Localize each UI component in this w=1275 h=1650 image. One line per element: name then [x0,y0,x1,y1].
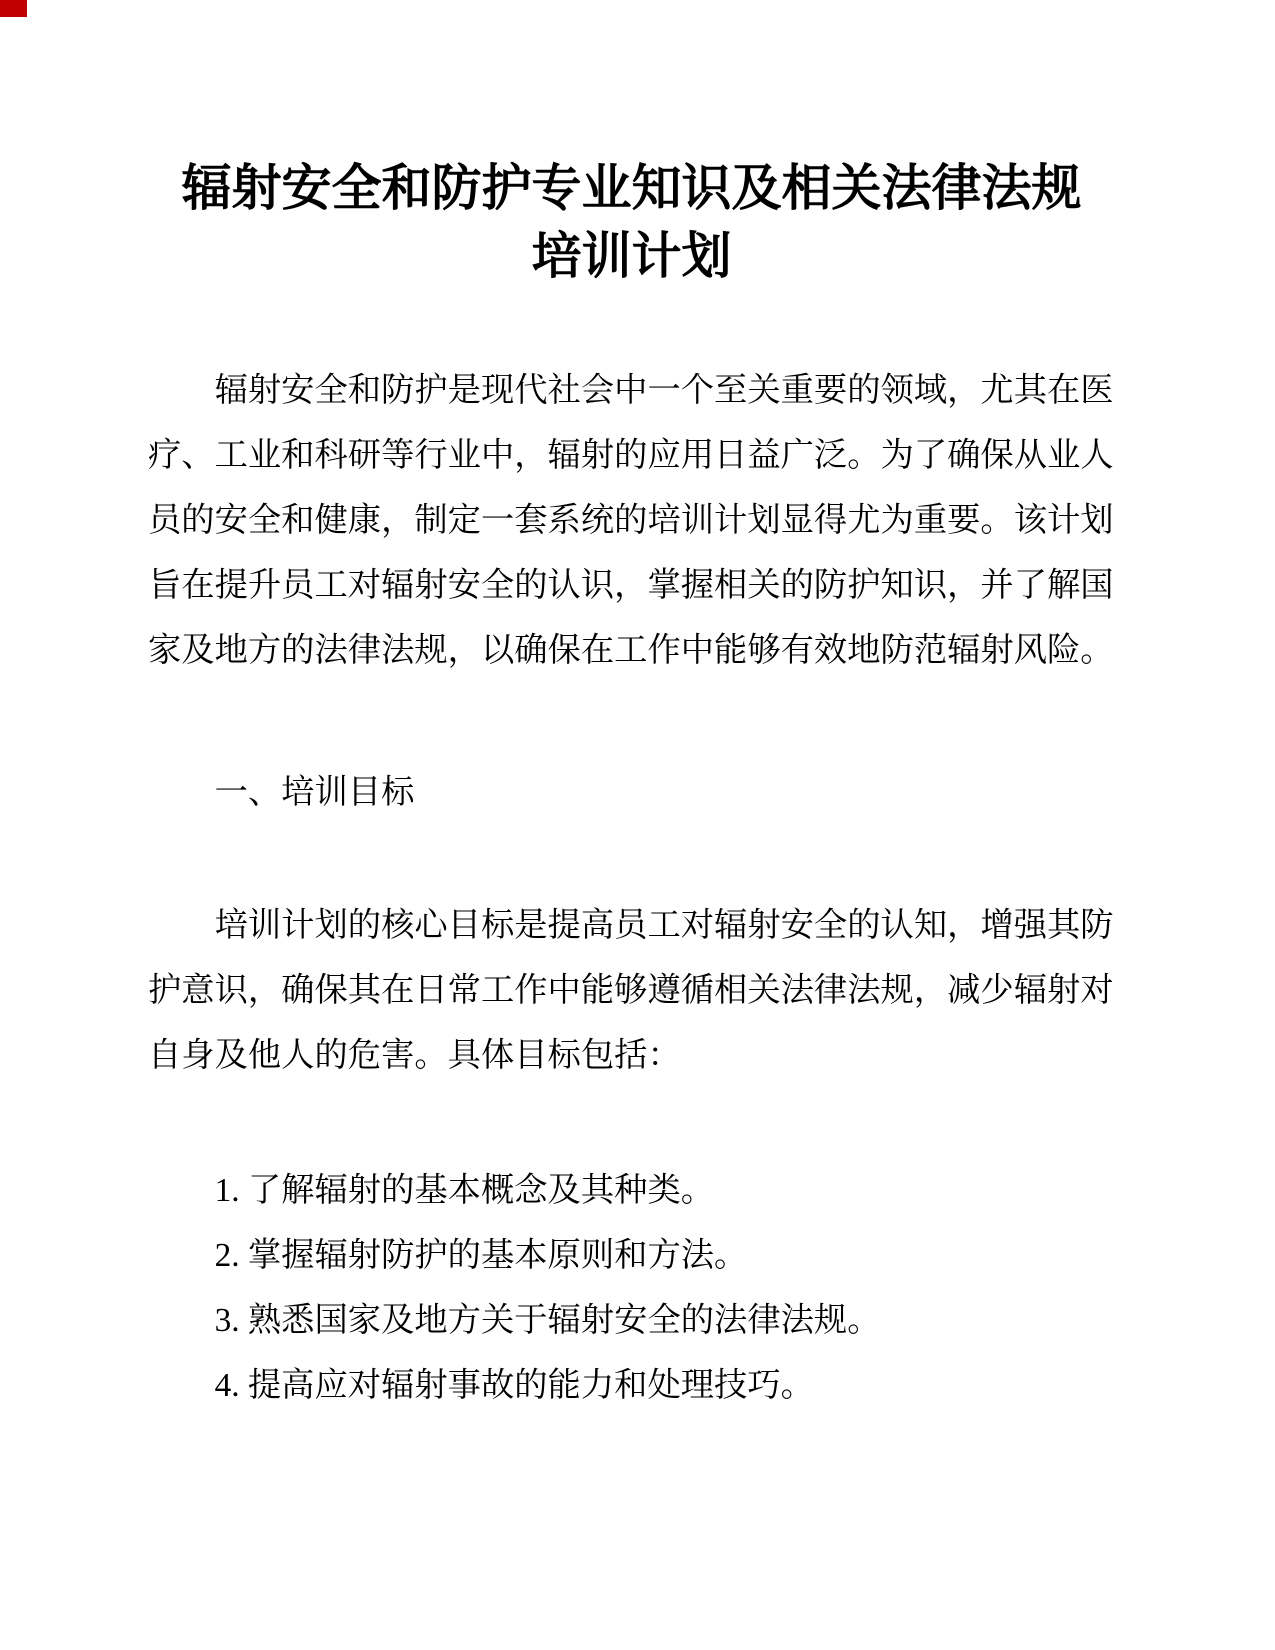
paragraph-line: 疗、工业和科研等行业中，辐射的应用日益广泛。为了确保从业人 [148,423,1115,488]
document-title: 辐射安全和防护专业知识及相关法律法规 培训计划 [148,154,1115,290]
paragraph-line: 护意识，确保其在日常工作中能够遵循相关法律法规，减少辐射对 [148,958,1115,1023]
paragraph-line: 自身及他人的危害。具体目标包括： [148,1023,1115,1088]
document-page: { "page": { "background_color": "#ffffff… [0,0,1275,1650]
paragraph-line: 旨在提升员工对辐射安全的认识，掌握相关的防护知识，并了解国 [148,553,1115,618]
document-title-line-2: 培训计划 [148,222,1115,290]
list-item: 3. 熟悉国家及地方关于辐射安全的法律法规。 [148,1288,1115,1353]
intro-paragraph: 辐射安全和防护是现代社会中一个至关重要的领域，尤其在医 疗、工业和科研等行业中，… [148,358,1115,683]
corner-marker [0,0,27,17]
list-item: 1. 了解辐射的基本概念及其种类。 [148,1158,1115,1223]
section-heading-training-goals: 一、培训目标 [148,760,1115,825]
goals-paragraph: 培训计划的核心目标是提高员工对辐射安全的认知，增强其防 护意识，确保其在日常工作… [148,893,1115,1088]
paragraph-line: 培训计划的核心目标是提高员工对辐射安全的认知，增强其防 [148,893,1115,958]
paragraph-line: 员的安全和健康，制定一套系统的培训计划显得尤为重要。该计划 [148,488,1115,553]
goals-list: 1. 了解辐射的基本概念及其种类。 2. 掌握辐射防护的基本原则和方法。 3. … [148,1158,1115,1418]
paragraph-line: 辐射安全和防护是现代社会中一个至关重要的领域，尤其在医 [148,358,1115,423]
document-content: 辐射安全和防护专业知识及相关法律法规 培训计划 辐射安全和防护是现代社会中一个至… [148,0,1115,1418]
list-item: 2. 掌握辐射防护的基本原则和方法。 [148,1223,1115,1288]
document-title-line-1: 辐射安全和防护专业知识及相关法律法规 [148,154,1115,222]
list-item: 4. 提高应对辐射事故的能力和处理技巧。 [148,1353,1115,1418]
paragraph-line: 家及地方的法律法规，以确保在工作中能够有效地防范辐射风险。 [148,618,1115,683]
